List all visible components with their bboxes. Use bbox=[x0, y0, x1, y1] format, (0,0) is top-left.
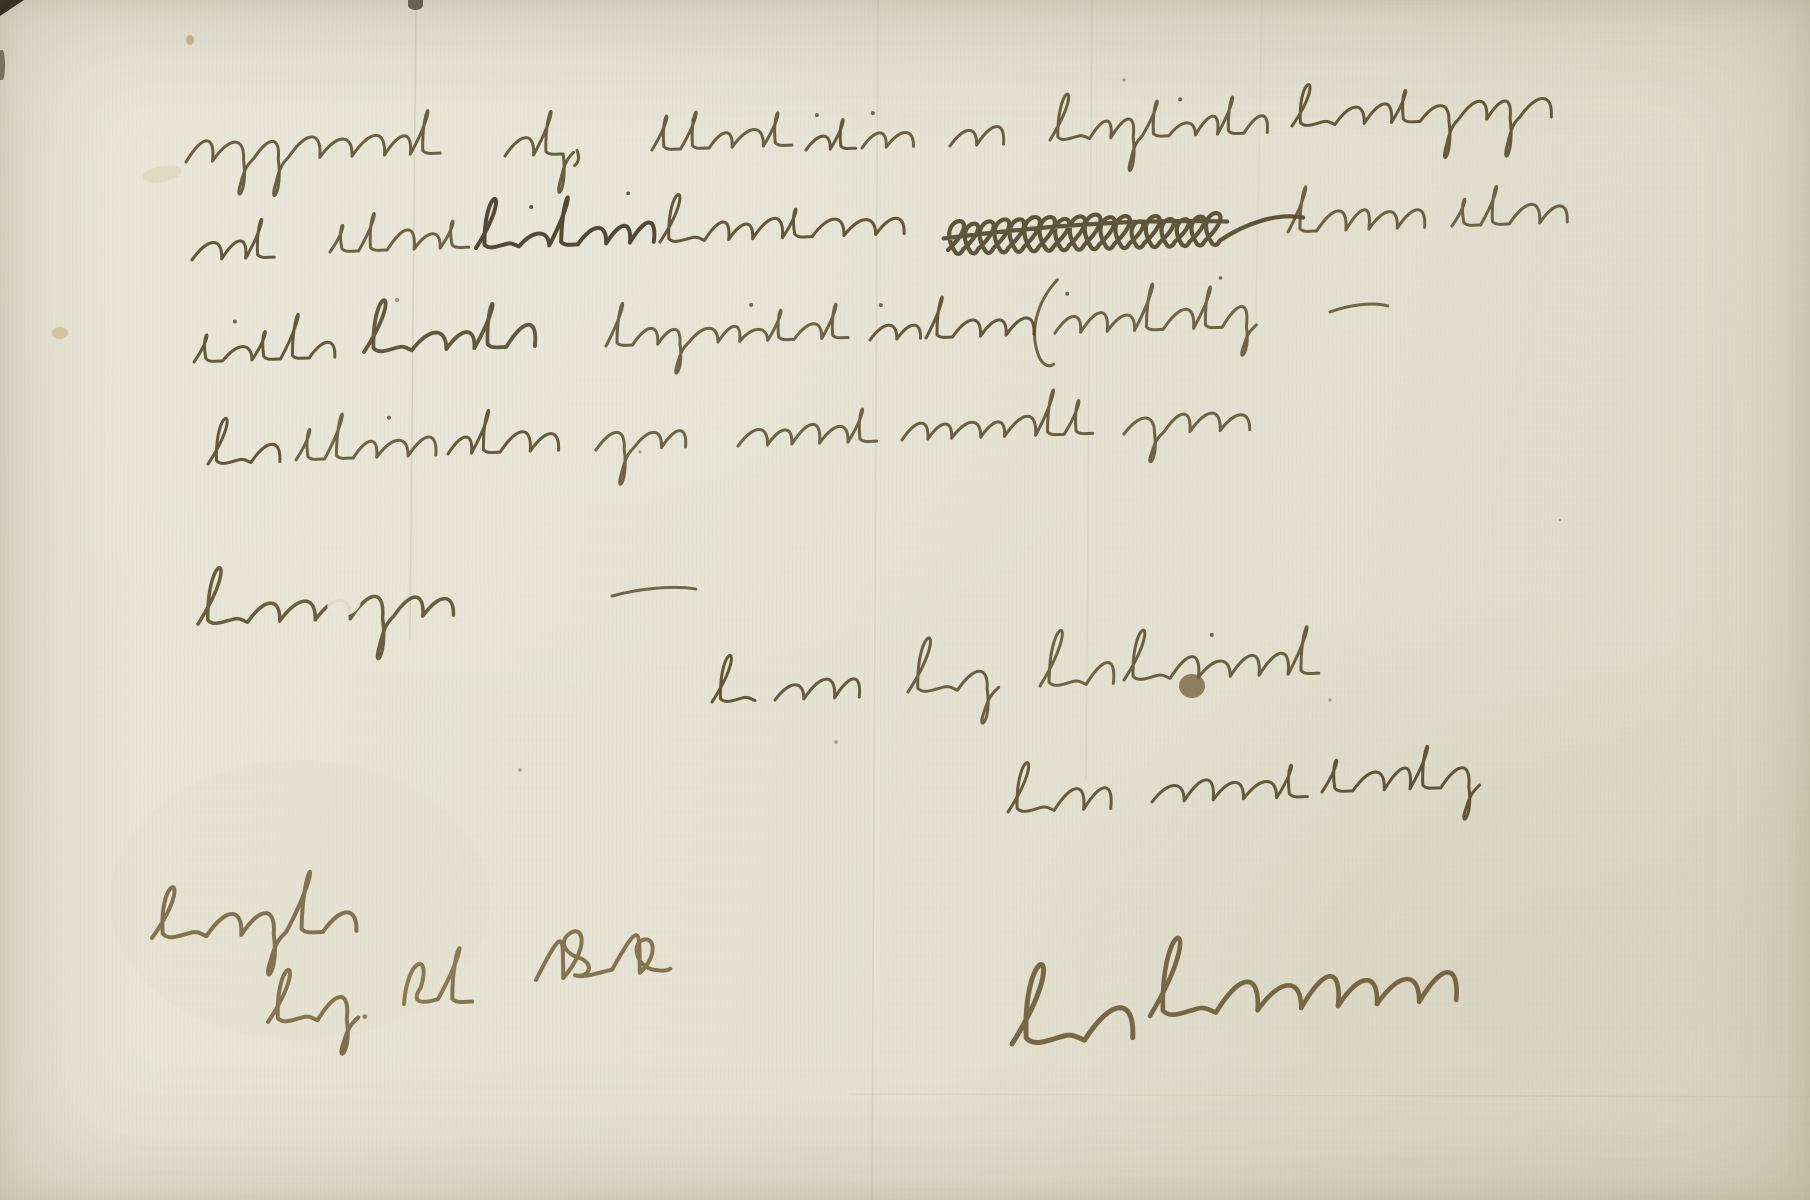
handwritten-word bbox=[294, 411, 436, 460]
paper-crease bbox=[850, 1094, 1810, 1097]
handwritten-word bbox=[605, 296, 850, 376]
handwritten-word bbox=[474, 191, 654, 248]
handwritten-word bbox=[329, 210, 469, 252]
handwritten-word bbox=[925, 294, 1035, 338]
paper-stain bbox=[324, 588, 363, 620]
paper-stain bbox=[1179, 674, 1205, 698]
handwritten-dash bbox=[1330, 303, 1388, 312]
handwritten-dash bbox=[612, 587, 696, 596]
handwritten-word bbox=[1451, 184, 1568, 226]
handwritten-word bbox=[949, 126, 1003, 146]
paper-fold-notch bbox=[408, 0, 423, 10]
handwritten-word bbox=[595, 430, 687, 485]
handwritten-word bbox=[1123, 412, 1250, 463]
handwritten-word bbox=[900, 389, 1092, 440]
handwritten-word bbox=[1008, 960, 1133, 1044]
handwritten-word bbox=[362, 295, 535, 352]
handwritten-word bbox=[1151, 765, 1308, 802]
struck-out-word bbox=[943, 207, 1304, 254]
handwritten-word bbox=[774, 678, 860, 700]
ink-speck bbox=[1559, 519, 1562, 522]
letter-page bbox=[0, 0, 1810, 1200]
handwritten-word bbox=[447, 408, 559, 454]
handwritten-word bbox=[185, 110, 442, 198]
handwritten-word bbox=[1321, 745, 1481, 824]
handwritten-word bbox=[737, 409, 877, 446]
ink-speck bbox=[1329, 699, 1332, 702]
handwritten-word bbox=[1006, 760, 1111, 812]
handwritten-word bbox=[206, 416, 280, 464]
paper-stain bbox=[52, 327, 68, 339]
handwritten-word bbox=[1038, 628, 1114, 686]
handwritten-word bbox=[658, 187, 904, 242]
handwritten-word bbox=[710, 655, 754, 702]
handwritten-word bbox=[1286, 183, 1424, 232]
ink-speck bbox=[834, 740, 838, 744]
handwritten-word bbox=[1033, 273, 1258, 366]
ink-speck bbox=[518, 768, 521, 771]
handwritten-word bbox=[504, 110, 587, 194]
handwritten-word bbox=[1146, 923, 1457, 1016]
paper-stain bbox=[141, 163, 183, 186]
handwritten-word bbox=[805, 112, 856, 150]
ink-speck bbox=[1122, 78, 1125, 81]
handwritten-word bbox=[1048, 87, 1268, 173]
paper-stain bbox=[186, 35, 194, 45]
paper-stain bbox=[110, 760, 490, 1040]
handwritten-word bbox=[906, 636, 1000, 726]
scan-edge-nick bbox=[0, 50, 5, 80]
handwritten-word bbox=[651, 109, 792, 150]
handwritten-word bbox=[1291, 76, 1553, 163]
handwriting-layer bbox=[0, 0, 1810, 1200]
handwritten-word bbox=[861, 110, 914, 148]
handwritten-word bbox=[533, 925, 671, 980]
handwritten-word bbox=[196, 560, 455, 665]
ink-speck bbox=[691, 118, 695, 122]
ink-speck bbox=[639, 451, 642, 454]
handwritten-word bbox=[192, 313, 335, 362]
handwritten-word bbox=[1122, 624, 1319, 680]
ink-speck bbox=[395, 298, 399, 302]
handwritten-word bbox=[191, 219, 275, 260]
